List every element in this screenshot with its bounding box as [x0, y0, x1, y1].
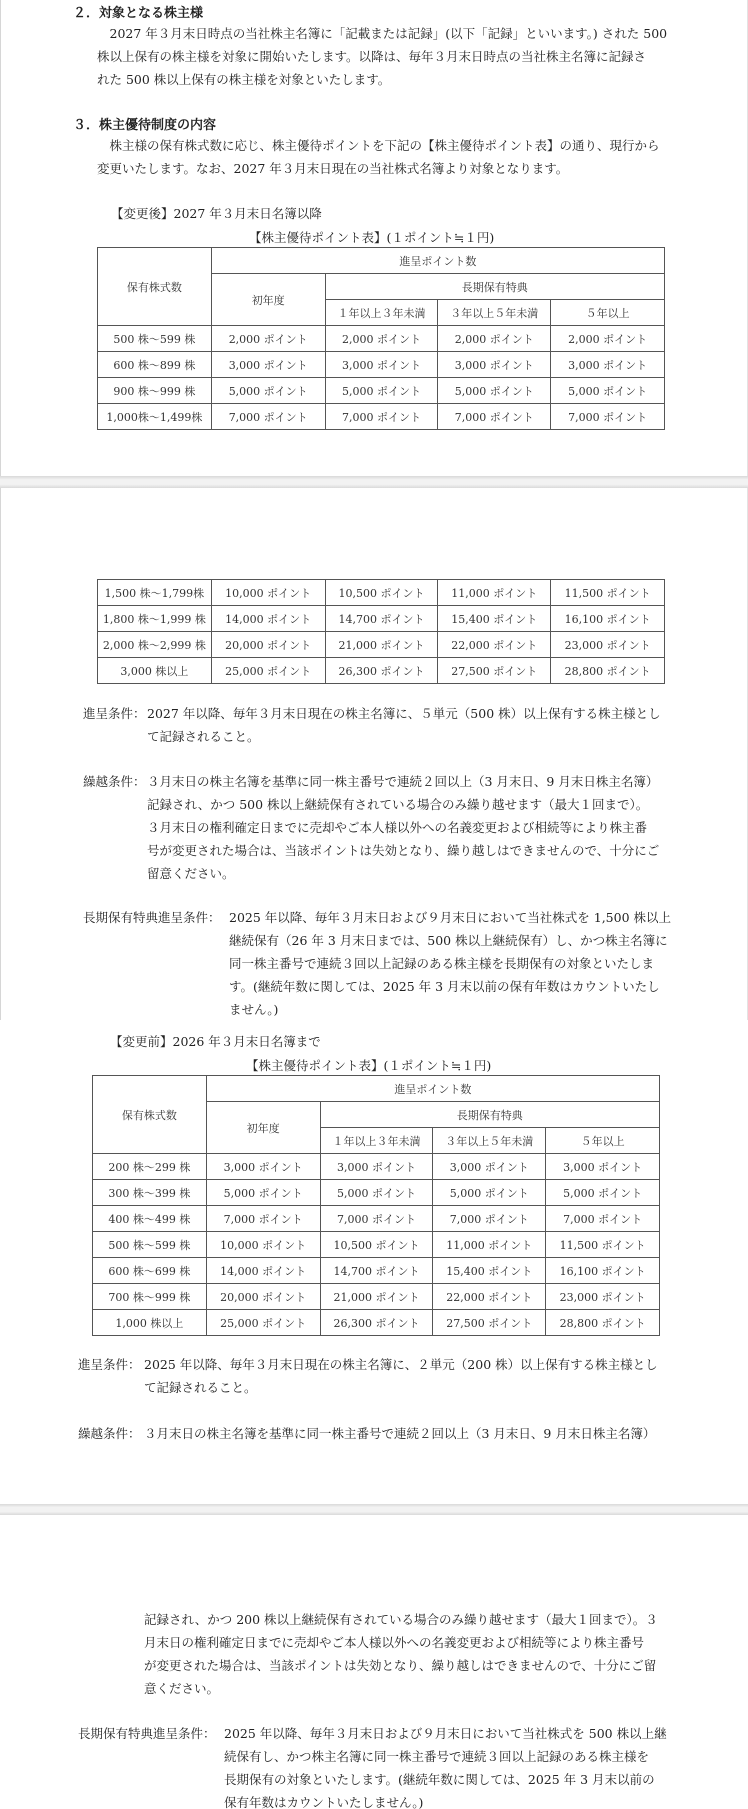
table-row: 500 株～599 株10,000 ポイント10,500 ポイント11,000 …: [93, 1232, 660, 1258]
header-long-term: 長期保有特典: [325, 274, 664, 300]
header-points: 進呈ポイント数: [211, 248, 664, 274]
before-label: 【変更前】2026 年３月末日名簿まで: [110, 1032, 321, 1050]
section-3-line: 株主様の保有株式数に応じ、株主優待ポイントを下記の【株主優待ポイント表】の通り、…: [97, 134, 697, 157]
carryover-condition-label: 繰越条件：: [78, 1422, 141, 1445]
after-label: 【変更後】2027 年３月末日名簿以降: [111, 204, 322, 222]
after-long-term-condition: 長期保有特典進呈条件： 2025 年以降、毎年３月末日および９月末日において当社…: [83, 906, 683, 1021]
after-present-condition: 進呈条件： 2027 年以降、毎年３月末日現在の株主名簿に、５単元（500 株）…: [83, 702, 683, 748]
table-row: 1,500 株～1,799株10,000 ポイント10,500 ポイント11,0…: [98, 580, 665, 606]
header-5-years: ５年以上: [551, 300, 665, 326]
document-page-2: 1,500 株～1,799株10,000 ポイント10,500 ポイント11,0…: [0, 488, 748, 1020]
document-page-3: 【変更前】2026 年３月末日名簿まで 【株主優待ポイント表】(１ポイント≒１円…: [0, 1020, 746, 1504]
carryover-condition-label: 繰越条件：: [83, 770, 146, 793]
header-points: 進呈ポイント数: [206, 1076, 659, 1102]
after-points-table-continued: 1,500 株～1,799株10,000 ポイント10,500 ポイント11,0…: [97, 579, 665, 684]
header-5-years: ５年以上: [546, 1128, 660, 1154]
table-row: 400 株～499 株7,000 ポイント7,000 ポイント7,000 ポイン…: [93, 1206, 660, 1232]
table-row: 900 株～999 株5,000 ポイント5,000 ポイント5,000 ポイン…: [98, 378, 665, 404]
header-first-year: 初年度: [211, 274, 325, 326]
header-3-5-years: ３年以上５年未満: [433, 1128, 546, 1154]
section-3-line: 変更いたします。なお、2027 年３月末日現在の当社株式名簿より対象となります。: [97, 157, 697, 180]
section-3-heading: ３．株主優待制度の内容: [73, 114, 216, 133]
page-divider: [0, 476, 748, 488]
present-condition-label: 進呈条件：: [83, 702, 146, 725]
table-row: 1,000株～1,499株7,000 ポイント7,000 ポイント7,000 ポ…: [98, 404, 665, 430]
table-row: 200 株～299 株3,000 ポイント3,000 ポイント3,000 ポイン…: [93, 1154, 660, 1180]
table-row: 600 株～899 株3,000 ポイント3,000 ポイント3,000 ポイン…: [98, 352, 665, 378]
table-row: 600 株～699 株14,000 ポイント14,700 ポイント15,400 …: [93, 1258, 660, 1284]
table-row: 1,000 株以上25,000 ポイント26,300 ポイント27,500 ポイ…: [93, 1310, 660, 1336]
present-condition-label: 進呈条件：: [78, 1353, 141, 1376]
before-long-term-condition: 長期保有特典進呈条件： 2025 年以降、毎年３月末日および９月末日において当社…: [78, 1722, 698, 1809]
after-table-title: 【株主優待ポイント表】(１ポイント≒１円): [249, 228, 494, 246]
section-2-line: 2027 年３月末日時点の当社株主名簿に「記載または記録」(以下「記録」といいま…: [97, 22, 697, 45]
header-long-term: 長期保有特典: [320, 1102, 659, 1128]
header-first-year: 初年度: [206, 1102, 320, 1154]
table-row: 700 株～999 株20,000 ポイント21,000 ポイント22,000 …: [93, 1284, 660, 1310]
after-points-table: 保有株式数 進呈ポイント数 初年度 長期保有特典 １年以上３年未満 ３年以上５年…: [97, 247, 665, 430]
before-carryover-condition: 繰越条件： ３月末日の株主名簿を基準に同一株主番号で連続２回以上（3 月末日、9…: [78, 1422, 698, 1445]
header-holding: 保有株式数: [98, 248, 212, 326]
section-2-heading: ２．対象となる株主様: [73, 2, 203, 21]
before-present-condition: 進呈条件： 2025 年以降、毎年３月末日現在の株主名簿に、２単元（200 株）…: [78, 1353, 688, 1399]
before-carryover-condition-continued: 記録され、かつ 200 株以上継続保有されている場合のみ繰り越せます（最大１回ま…: [144, 1608, 694, 1700]
table-row: 300 株～399 株5,000 ポイント5,000 ポイント5,000 ポイン…: [93, 1180, 660, 1206]
long-term-condition-label: 長期保有特典進呈条件：: [83, 906, 221, 929]
section-2-line: れた 500 株以上保有の株主様を対象といたします。: [97, 68, 697, 91]
section-3-body: 株主様の保有株式数に応じ、株主優待ポイントを下記の【株主優待ポイント表】の通り、…: [97, 134, 697, 180]
section-2-body: 2027 年３月末日時点の当社株主名簿に「記載または記録」(以下「記録」といいま…: [97, 22, 697, 91]
document-page-1: ２．対象となる株主様 2027 年３月末日時点の当社株主名簿に「記載または記録」…: [0, 0, 748, 476]
document-page-4: 記録され、かつ 200 株以上継続保有されている場合のみ繰り越せます（最大１回ま…: [0, 1515, 746, 1809]
before-points-table: 保有株式数 進呈ポイント数 初年度 長期保有特典 １年以上３年未満 ３年以上５年…: [92, 1075, 660, 1336]
table-row: 500 株～599 株2,000 ポイント2,000 ポイント2,000 ポイン…: [98, 326, 665, 352]
header-holding: 保有株式数: [93, 1076, 207, 1154]
long-term-condition-label: 長期保有特典進呈条件：: [78, 1722, 216, 1745]
after-carryover-condition: 繰越条件： ３月末日の株主名簿を基準に同一株主番号で連続２回以上（3 月末日、9…: [83, 770, 683, 885]
header-1-3-years: １年以上３年未満: [325, 300, 438, 326]
page-divider: [0, 1504, 748, 1515]
header-3-5-years: ３年以上５年未満: [438, 300, 551, 326]
table-row: 1,800 株～1,999 株14,000 ポイント14,700 ポイント15,…: [98, 606, 665, 632]
header-1-3-years: １年以上３年未満: [320, 1128, 433, 1154]
table-row: 2,000 株～2,999 株20,000 ポイント21,000 ポイント22,…: [98, 632, 665, 658]
section-2-line: 株以上保有の株主様を対象に開始いたします。以降は、毎年３月末日時点の当社株主名簿…: [97, 45, 697, 68]
before-table-title: 【株主優待ポイント表】(１ポイント≒１円): [246, 1056, 491, 1074]
table-row: 3,000 株以上25,000 ポイント26,300 ポイント27,500 ポイ…: [98, 658, 665, 684]
